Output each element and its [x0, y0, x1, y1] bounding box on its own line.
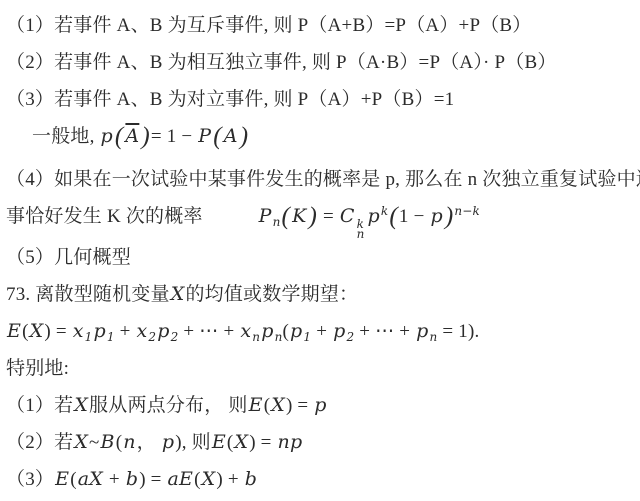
linear-expectation: （3）E(aX + b) = aE(X) + b: [6, 461, 636, 498]
bernoulli-trials-text: （4）如果在一次试验中某事件发生的概率是 p, 那么在 n 次独立重复试验中这个: [6, 161, 636, 198]
expectation-formula: E(X) = x1p1 + x2p2 + ⋯ + xnpn(p1 + p2 + …: [6, 313, 636, 350]
general-complement-formula: 一般地, p(A)= 1 − P(A): [6, 118, 636, 155]
rule-mutually-exclusive: （1）若事件 A、B 为互斥事件, 则 P（A+B）=P（A）+P（B）: [6, 7, 636, 44]
special-cases-heading: 特别地:: [6, 350, 636, 387]
binomial-expectation: （2）若X~B(n， p), 则E(X) = np: [6, 424, 636, 461]
rule-complementary-events: （3）若事件 A、B 为对立事件, 则 P（A）+P（B）=1: [6, 81, 636, 118]
two-point-distribution: （1）若X服从两点分布， 则E(X) = p: [6, 387, 636, 424]
math-notes-document: （1）若事件 A、B 为互斥事件, 则 P（A+B）=P（A）+P（B） （2）…: [0, 0, 640, 498]
rule-independent-events: （2）若事件 A、B 为相互独立事件, 则 P（A·B）=P（A）· P（B）: [6, 44, 636, 81]
bernoulli-trials-formula: 事恰好发生 K 次的概率Pn(K) = Cknpk(1 − p)n−k: [6, 198, 636, 235]
geometric-probability: （5）几何概型: [6, 239, 636, 276]
expectation-heading: 73. 离散型随机变量X的均值或数学期望：: [6, 276, 636, 313]
